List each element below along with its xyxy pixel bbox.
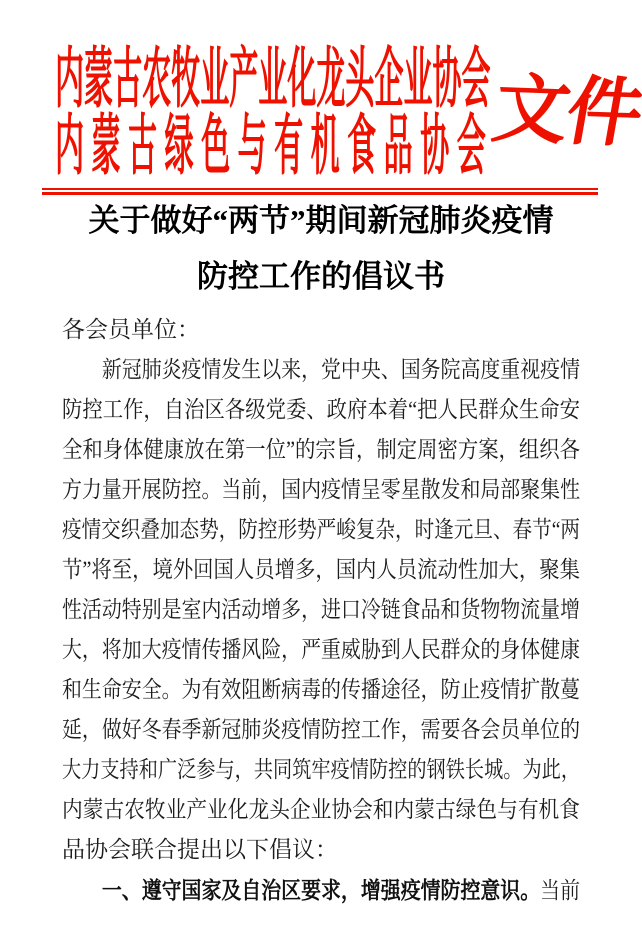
org-name-line2: 内蒙古绿色与有机食品协会 xyxy=(55,113,493,180)
body-line: 新冠肺炎疫情发生以来，党中央、国务院高度重视疫情 xyxy=(62,350,580,390)
body-line: 延，做好冬春季新冠肺炎疫情防控工作，需要各会员单位的 xyxy=(62,710,580,750)
body-line: 各会员单位： xyxy=(62,310,580,350)
document-type-label: 文件 xyxy=(486,66,642,161)
document-page: 内蒙古农牧业产业化龙头企业协会 内蒙古绿色与有机食品协会 文件 关于做好“两节”… xyxy=(0,0,642,929)
title-line1: 关于做好“两节”期间新冠肺炎疫情 xyxy=(0,193,642,249)
body-line: 品协会联合提出以下倡议： xyxy=(62,830,580,870)
body-line: 内蒙古农牧业产业化龙头企业协会和内蒙古绿色与有机食 xyxy=(62,790,580,830)
body-line: 方力量开展防控。当前，国内疫情呈零星散发和局部聚集性 xyxy=(62,470,580,510)
body-line: 疫情交织叠加态势，防控形势严峻复杂，时逢元旦、春节“两 xyxy=(62,510,580,550)
body-line: 全和身体健康放在第一位”的宗旨，制定周密方案，组织各 xyxy=(62,430,580,470)
body-bold-segment: 一、遵守国家及自治区要求，增强疫情防控意识。 xyxy=(102,877,540,903)
body-line: 和生命安全。为有效阻断病毒的传播途径，防止疫情扩散蔓 xyxy=(62,670,580,710)
body-line: 大力支持和广泛参与，共同筑牢疫情防控的钢铁长城。为此， xyxy=(62,750,580,790)
document-body: 各会员单位：新冠肺炎疫情发生以来，党中央、国务院高度重视疫情防控工作，自治区各级… xyxy=(62,310,580,910)
document-title: 关于做好“两节”期间新冠肺炎疫情 防控工作的倡议书 xyxy=(0,193,642,305)
body-line: 大，将加大疫情传播风险，严重威胁到人民群众的身体健康 xyxy=(62,630,580,670)
body-line: 性活动特别是室内活动增多，进口冷链食品和货物物流量增 xyxy=(62,590,580,630)
title-line2: 防控工作的倡议书 xyxy=(0,249,642,305)
body-line: 一、遵守国家及自治区要求，增强疫情防控意识。当前 xyxy=(62,870,580,910)
body-line: 防控工作，自治区各级党委、政府本着“把人民群众生命安 xyxy=(62,390,580,430)
body-line: 节”将至，境外回国人员增多，国内人员流动性加大，聚集 xyxy=(62,550,580,590)
org-name-line1: 内蒙古农牧业产业化龙头企业协会 xyxy=(55,46,491,113)
